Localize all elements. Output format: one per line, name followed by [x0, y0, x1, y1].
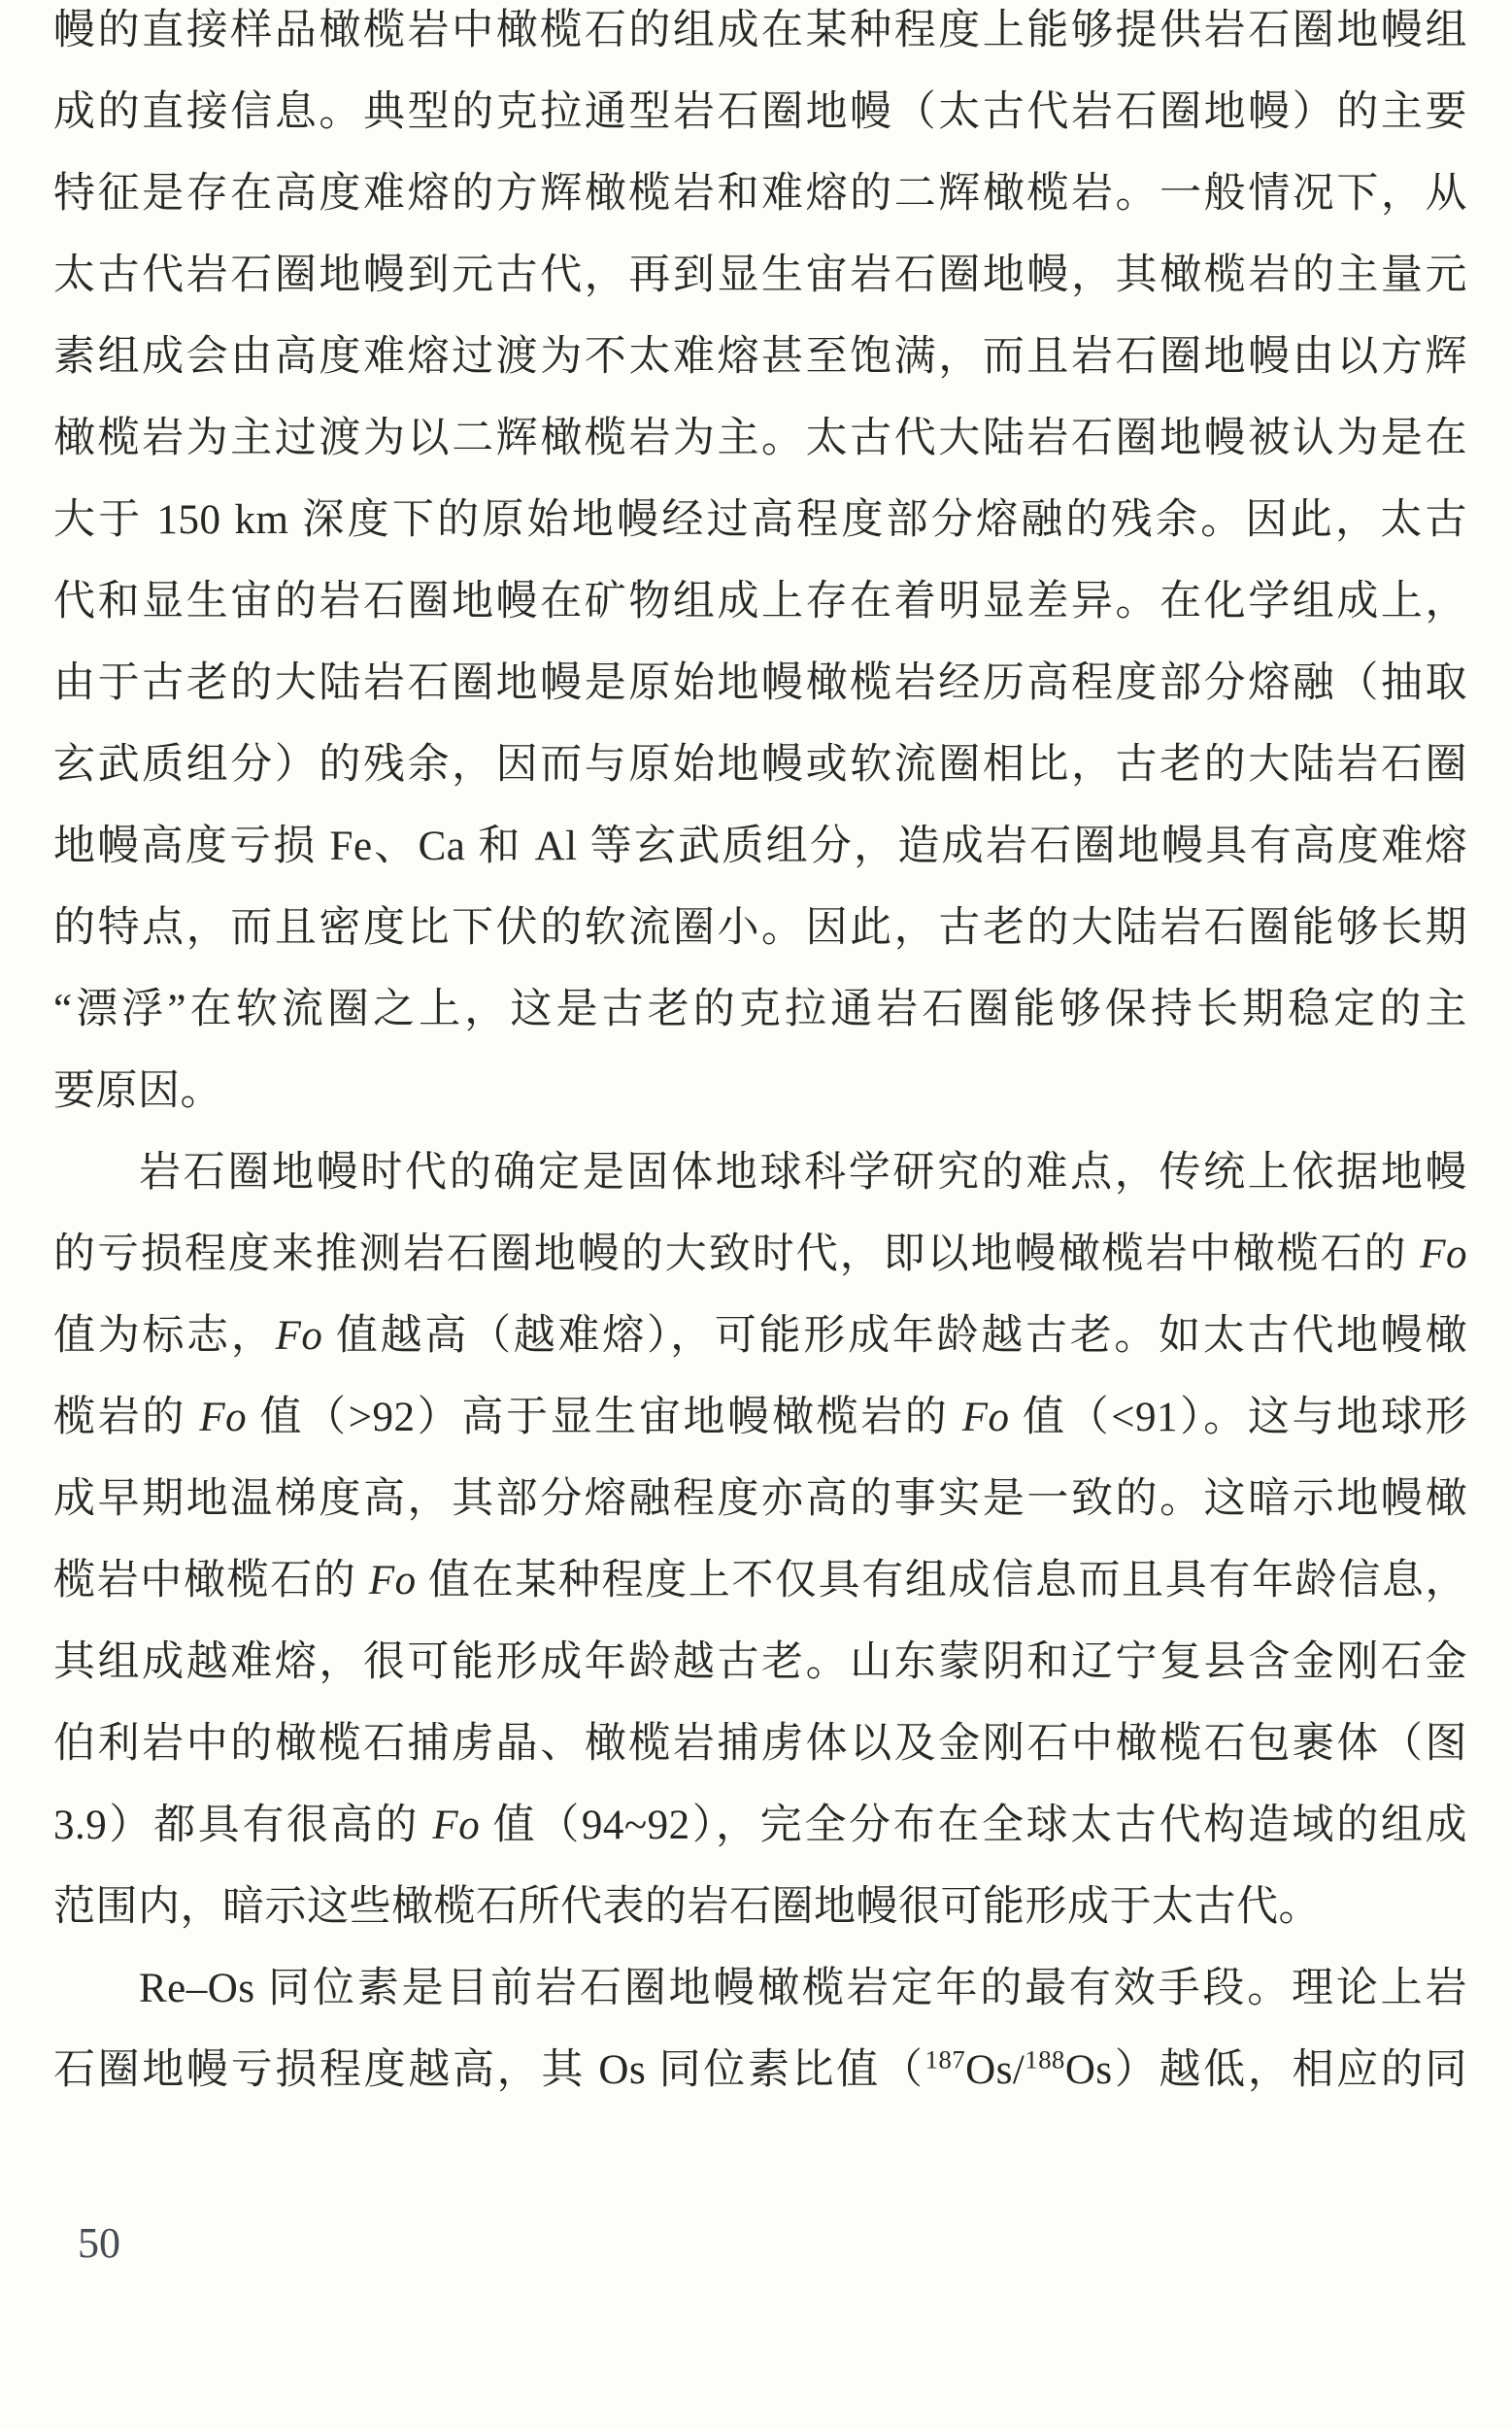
page-number: 50: [78, 2218, 120, 2269]
text-line-19: 成早期地温梯度高，其部分熔融程度亦高的事实是一致的。这暗示地幔橄: [53, 1459, 1467, 1540]
text-line-26: 石圈地幔亏损程度越高，其 Os 同位素比值（187Os/188Os）越低，相应的…: [53, 2030, 1467, 2111]
book-page: 幔的直接样品橄榄岩中橄榄石的组成在某种程度上能够提供岩石圈地幔组 成的直接信息。…: [0, 0, 1512, 2429]
text-line-8: 代和显生宙的岩石圈地幔在矿物组成上存在着明显差异。在化学组成上，: [53, 561, 1467, 643]
text-line-22: 伯利岩中的橄榄石捕虏晶、橄榄岩捕虏体以及金刚石中橄榄石包裹体（图: [53, 1704, 1467, 1785]
text-line-13: “漂浮”在软流圈之上，这是古老的克拉通岩石圈能够保持长期稳定的主: [53, 969, 1467, 1051]
text-line-24: 范围内，暗示这些橄榄石所代表的岩石圈地幔很可能形成于太古代。: [53, 1867, 1467, 1948]
text-line-21: 其组成越难熔，很可能形成年龄越古老。山东蒙阴和辽宁复县含金刚石金: [53, 1622, 1467, 1704]
text-line-23: 3.9）都具有很高的 Fo 值（94~92），完全分布在全球太古代构造域的组成: [53, 1785, 1467, 1867]
text-line-11: 地幔高度亏损 Fe、Ca 和 Al 等玄武质组分，造成岩石圈地幔具有高度难熔: [53, 806, 1467, 888]
text-line-10: 玄武质组分）的残余，因而与原始地幔或软流圈相比，古老的大陆岩石圈: [53, 725, 1467, 806]
text-line-15: 岩石圈地幔时代的确定是固体地球科学研究的难点，传统上依据地幔: [53, 1132, 1467, 1214]
text-line-3: 特征是存在高度难熔的方辉橄榄岩和难熔的二辉橄榄岩。一般情况下，从: [53, 153, 1467, 235]
text-line-5: 素组成会由高度难熔过渡为不太难熔甚至饱满，而且岩石圈地幔由以方辉: [53, 317, 1467, 398]
text-column: 幔的直接样品橄榄岩中橄榄石的组成在某种程度上能够提供岩石圈地幔组 成的直接信息。…: [53, 0, 1467, 2111]
text-line-6: 橄榄岩为主过渡为以二辉橄榄岩为主。太古代大陆岩石圈地幔被认为是在: [53, 398, 1467, 480]
text-line-17: 值为标志，Fo 值越高（越难熔），可能形成年龄越古老。如太古代地幔橄: [53, 1296, 1467, 1377]
text-line-2: 成的直接信息。典型的克拉通型岩石圈地幔（太古代岩石圈地幔）的主要: [53, 72, 1467, 153]
text-line-4: 太古代岩石圈地幔到元古代，再到显生宙岩石圈地幔，其橄榄岩的主量元: [53, 235, 1467, 317]
text-line-20: 榄岩中橄榄石的 Fo 值在某种程度上不仅具有组成信息而且具有年龄信息，: [53, 1540, 1467, 1622]
text-line-1: 幔的直接样品橄榄岩中橄榄石的组成在某种程度上能够提供岩石圈地幔组: [53, 0, 1467, 72]
text-line-25: Re–Os 同位素是目前岩石圈地幔橄榄岩定年的最有效手段。理论上岩: [53, 1948, 1467, 2030]
text-line-12: 的特点，而且密度比下伏的软流圈小。因此，古老的大陆岩石圈能够长期: [53, 888, 1467, 969]
text-line-16: 的亏损程度来推测岩石圈地幔的大致时代，即以地幔橄榄岩中橄榄石的 Fo: [53, 1214, 1467, 1296]
text-line-9: 由于古老的大陆岩石圈地幔是原始地幔橄榄岩经历高程度部分熔融（抽取: [53, 643, 1467, 725]
text-line-7: 大于 150 km 深度下的原始地幔经过高程度部分熔融的残余。因此，太古: [53, 480, 1467, 561]
text-line-14: 要原因。: [53, 1051, 1467, 1132]
text-line-18: 榄岩的 Fo 值（>92）高于显生宙地幔橄榄岩的 Fo 值（<91）。这与地球形: [53, 1377, 1467, 1459]
